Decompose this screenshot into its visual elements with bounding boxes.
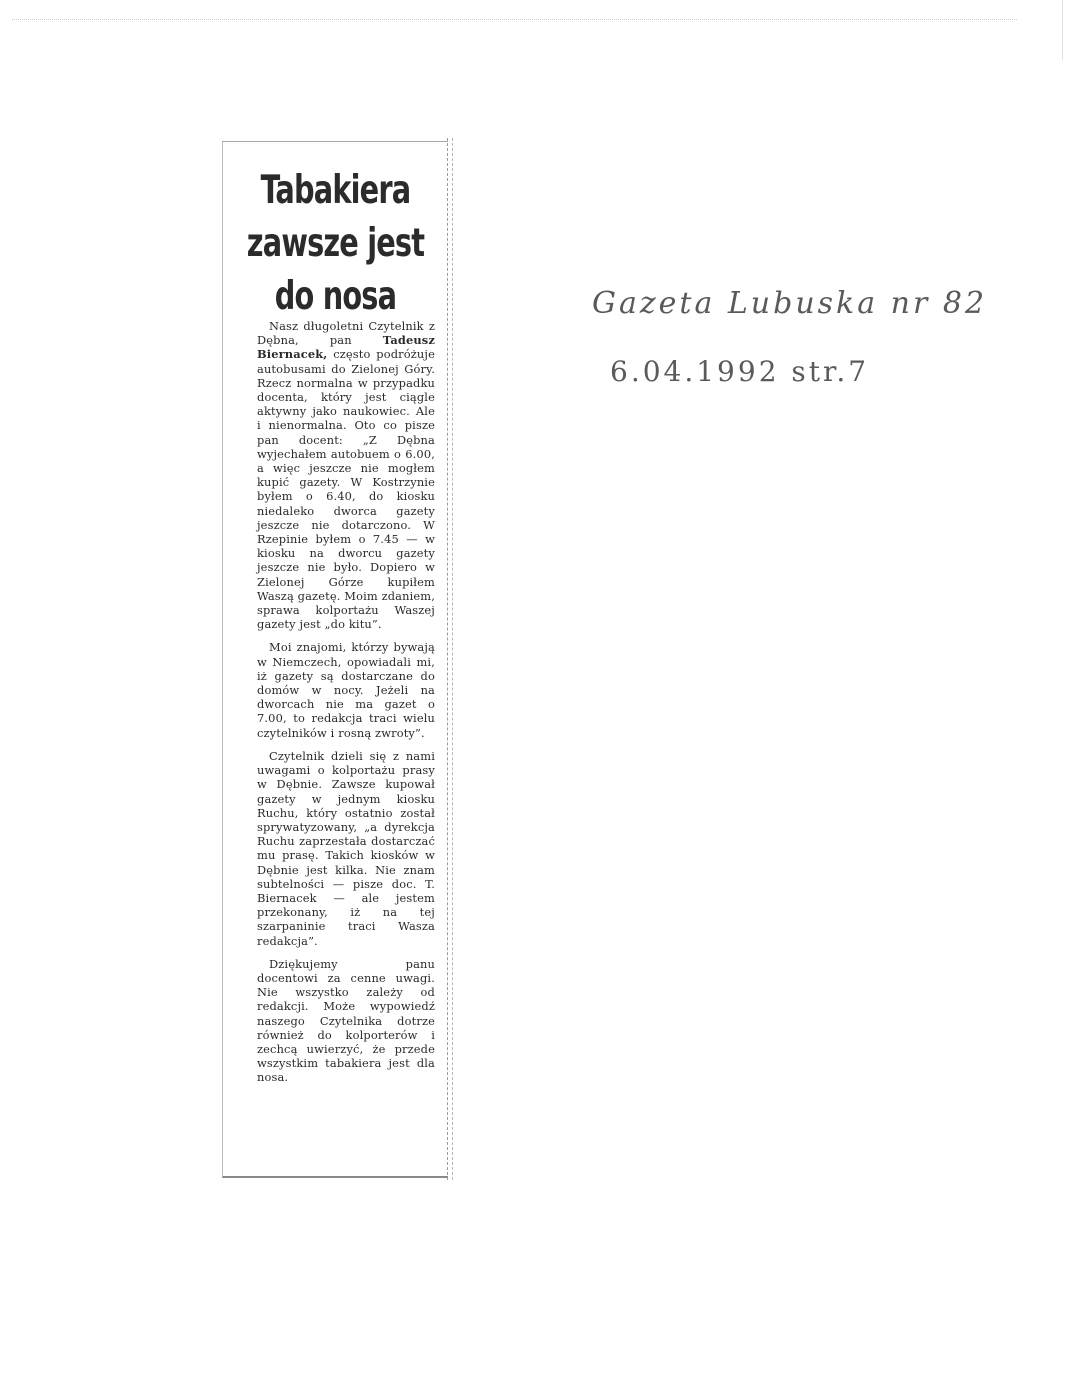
clipping-border (447, 138, 453, 1180)
paragraph-text: często podróżuje autobusami do Zielonej … (257, 347, 435, 631)
article-headline: Tabakiera zawsze jest do nosa (243, 164, 428, 323)
article-paragraph: Dziękujemy panu docentowi za cenne uwagi… (257, 957, 435, 1085)
handwritten-annotation: Gazeta Lubuska nr 82 6.04.1992 str.7 (592, 284, 987, 392)
scan-edge-line (12, 19, 1017, 20)
annotation-source: Gazeta Lubuska nr 82 (592, 284, 987, 324)
scan-edge-mark (1062, 0, 1063, 60)
article-paragraph: Moi znajomi, którzy bywają w Niemczech, … (257, 640, 435, 739)
paragraph-text: Moi znajomi, którzy bywają w Niemczech, … (257, 640, 435, 739)
newspaper-clipping: Tabakiera zawsze jest do nosa Nasz długo… (222, 141, 448, 1178)
paragraph-text: Dziękujemy panu docentowi za cenne uwagi… (257, 957, 435, 1085)
headline-line-1: Tabakiera (243, 164, 428, 217)
annotation-date-page: 6.04.1992 str.7 (610, 352, 987, 392)
headline-line-2: zawsze jest (243, 217, 428, 270)
article-paragraph: Czytelnik dzieli się z nami uwagami o ko… (257, 749, 435, 948)
article-body: Nasz długoletni Czytelnik z Dębna, pan T… (257, 319, 435, 1094)
paragraph-text: Czytelnik dzieli się z nami uwagami o ko… (257, 749, 435, 948)
headline-line-3: do nosa (243, 270, 428, 323)
article-paragraph: Nasz długoletni Czytelnik z Dębna, pan T… (257, 319, 435, 631)
